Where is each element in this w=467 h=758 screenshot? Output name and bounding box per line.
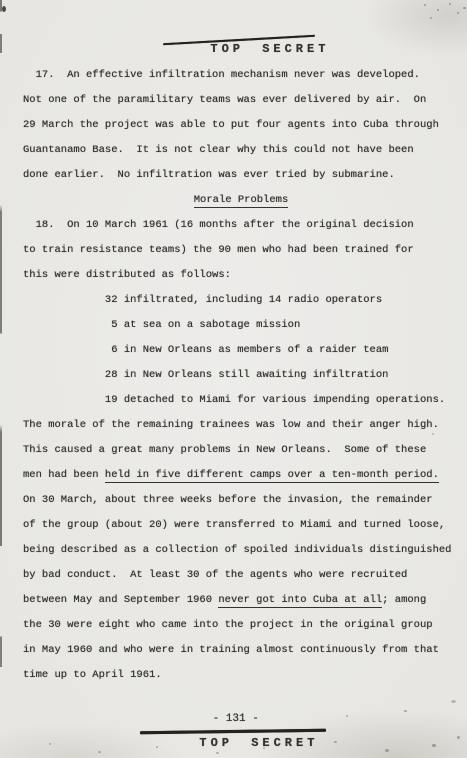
paragraph-18-line: being described as a collection of spoil…: [23, 544, 451, 556]
list-item-text: 19 detached to Miami for various impendi…: [23, 394, 445, 406]
scan-speckle: [216, 752, 219, 754]
text-line: of the group (about 20) were transferred…: [23, 513, 459, 538]
paragraph-18-line: ; among: [382, 594, 426, 606]
document-page: TOP SECRET 17. An effective infiltration…: [0, 0, 467, 758]
text-line: Not one of the paramilitary teams was ev…: [23, 88, 459, 113]
scan-speckle: [263, 747, 265, 749]
text-line: The morale of the remaining trainees was…: [23, 413, 459, 438]
classification-stamp-bottom: TOP SECRET: [0, 722, 445, 758]
paragraph-18-line: men had been: [23, 469, 105, 481]
scan-speckle: [432, 744, 436, 747]
paragraph-18-line: The morale of the remaining trainees was…: [23, 419, 439, 431]
paragraph-18-line: This caused a great many problems in New…: [23, 444, 426, 456]
underlined-phrase: held in five different camps over a ten-…: [105, 469, 439, 483]
paragraph-17-line: Not one of the paramilitary teams was ev…: [23, 94, 426, 106]
paragraph-17-line: 17. An effective infiltration mechanism …: [23, 69, 420, 81]
paragraph-18-line: in May 1960 and who were in training alm…: [23, 644, 439, 656]
scan-speckle: [156, 746, 158, 748]
classification-text: TOP SECRET: [210, 42, 329, 56]
distribution-list-item: 6 in New Orleans as members of a raider …: [23, 338, 459, 363]
text-line: men had been held in five different camp…: [23, 463, 459, 488]
scan-speckle: [457, 736, 460, 739]
classification-text: TOP SECRET: [199, 736, 318, 750]
paragraph-18-line: to train resistance teams) the 90 men wh…: [23, 244, 414, 256]
distribution-list-item: 32 infiltrated, including 14 radio opera…: [23, 288, 459, 313]
scan-speckle: [98, 751, 101, 753]
text-line: between May and September 1960 never got…: [23, 588, 459, 613]
text-line: 17. An effective infiltration mechanism …: [23, 63, 459, 88]
paragraph-18-line: by bad conduct. At least 30 of the agent…: [23, 569, 407, 581]
text-line: This caused a great many problems in New…: [23, 438, 459, 463]
distribution-list-item: 5 at sea on a sabotage mission: [23, 313, 459, 338]
scan-speckle: [404, 710, 407, 712]
scan-speckle: [346, 715, 348, 717]
list-item-text: 28 in New Orleans still awaiting infiltr…: [23, 369, 388, 381]
distribution-list-item: 28 in New Orleans still awaiting infiltr…: [23, 363, 459, 388]
scan-speckle: [432, 433, 434, 435]
text-line: by bad conduct. At least 30 of the agent…: [23, 563, 459, 588]
paragraph-17-line: Guantanamo Base. It is not clear why thi…: [23, 144, 414, 156]
list-item-text: 5 at sea on a sabotage mission: [23, 319, 300, 331]
text-line: done earlier. No infiltration was ever t…: [23, 163, 459, 188]
paragraph-18-line: of the group (about 20) were transferred…: [23, 519, 445, 531]
text-line: 18. On 10 March 1961 (16 months after th…: [23, 213, 459, 238]
paragraph-18-line: 18. On 10 March 1961 (16 months after th…: [23, 219, 414, 231]
scan-speckle: [430, 17, 432, 19]
text-line: in May 1960 and who were in training alm…: [23, 638, 459, 663]
text-line: On 30 March, about three weeks before th…: [23, 488, 459, 513]
text-line: Guantanamo Base. It is not clear why thi…: [23, 138, 459, 163]
scan-speckle: [463, 7, 466, 9]
paragraph-17-line: 29 March the project was able to put fou…: [23, 119, 439, 131]
paragraph-18-line: between May and September 1960: [23, 594, 218, 606]
paragraph-17-line: done earlier. No infiltration was ever t…: [23, 169, 395, 181]
text-line: time up to April 1961.: [23, 663, 459, 688]
list-item-text: 6 in New Orleans as members of a raider …: [23, 344, 388, 356]
scan-edge-artifact: [0, 0, 2, 758]
scan-speckle: [449, 3, 451, 5]
text-line: 29 March the project was able to put fou…: [23, 113, 459, 138]
list-item-text: 32 infiltrated, including 14 radio opera…: [23, 294, 382, 306]
scan-speckle: [457, 12, 459, 14]
text-line: this were distributed as follows:: [23, 263, 459, 288]
text-line: being described as a collection of spoil…: [23, 538, 459, 563]
scan-speckle: [49, 743, 51, 745]
scan-speckle: [437, 9, 439, 11]
text-line: the 30 were eight who came into the proj…: [23, 613, 459, 638]
paragraph-18-line: time up to April 1961.: [23, 669, 162, 681]
section-heading-text: Morale Problems: [194, 194, 289, 208]
scan-speckle: [451, 700, 456, 703]
scan-speckle: [385, 749, 389, 752]
distribution-list-item: 19 detached to Miami for various impendi…: [23, 388, 459, 413]
section-heading: Morale Problems: [23, 188, 459, 213]
text-line: to train resistance teams) the 90 men wh…: [23, 238, 459, 263]
scan-speckle: [424, 4, 426, 6]
paragraph-18-line: the 30 were eight who came into the proj…: [23, 619, 433, 631]
underlined-phrase: never got into Cuba at all: [218, 594, 382, 608]
paragraph-18-line: On 30 March, about three weeks before th…: [23, 494, 433, 506]
scan-speckle: [2, 6, 6, 12]
document-body: 17. An effective infiltration mechanism …: [23, 63, 459, 688]
paragraph-18-line: this were distributed as follows:: [23, 269, 231, 281]
scan-speckle: [334, 741, 337, 743]
